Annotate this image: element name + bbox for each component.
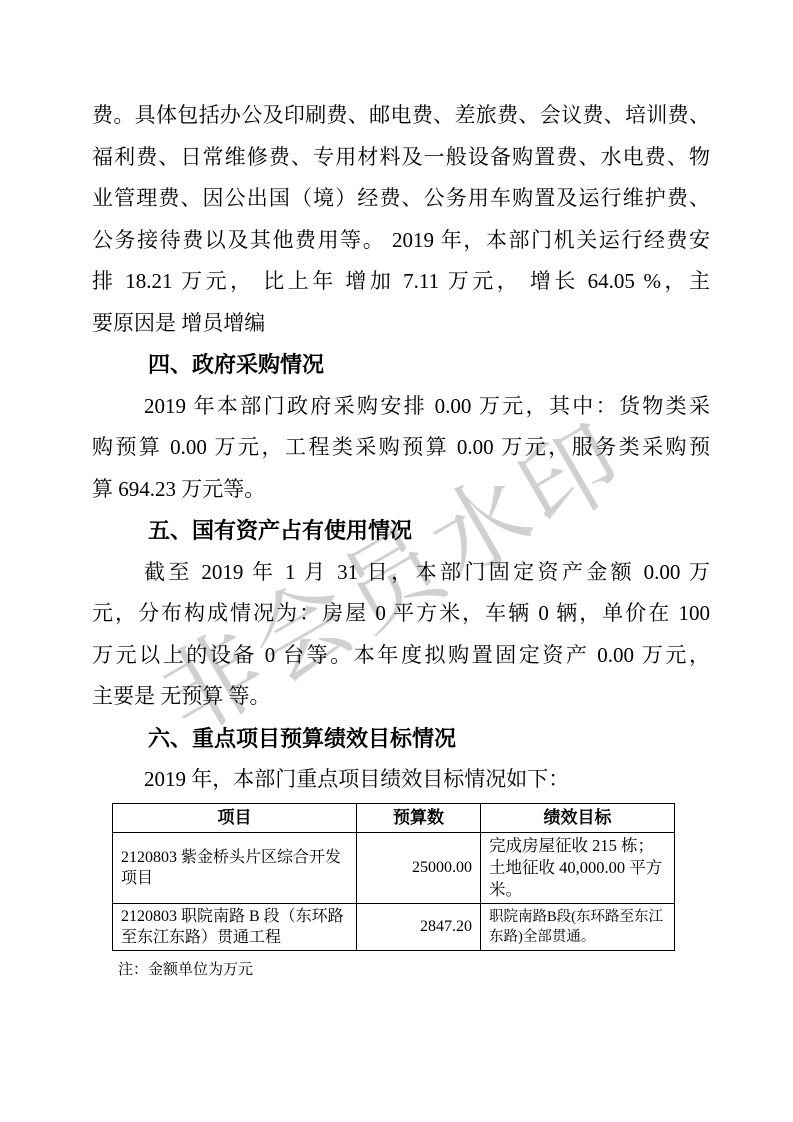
table-header-row: 项目 预算数 绩效目标 xyxy=(113,803,675,832)
table-row: 2120803 职院南路 B 段（东环路至东江东路）贯通工程 2847.20 职… xyxy=(113,903,675,950)
table-header-budget: 预算数 xyxy=(357,803,481,832)
text-line: 算 694.23 万元等。 xyxy=(92,469,710,511)
budget-amount-cell: 25000.00 xyxy=(357,832,481,903)
page-content: 费。具体包括办公及印刷费、邮电费、差旅费、会议费、培训费、 福利费、日常维修费、… xyxy=(92,95,710,980)
heading-section4-government-procurement: 四、政府采购情况 xyxy=(92,344,710,386)
table-header-target: 绩效目标 xyxy=(481,803,675,832)
performance-target-table: 项目 预算数 绩效目标 2120803 紫金桥头片区综合开发项目 25000.0… xyxy=(112,803,675,951)
budget-amount-cell: 2847.20 xyxy=(357,903,481,950)
paragraph-operating-expenses: 费。具体包括办公及印刷费、邮电费、差旅费、会议费、培训费、 福利费、日常维修费、… xyxy=(92,95,710,344)
project-name-cell: 2120803 职院南路 B 段（东环路至东江东路）贯通工程 xyxy=(113,903,357,950)
heading-section6-key-projects: 六、重点项目预算绩效目标情况 xyxy=(92,718,710,760)
text-line: 费。具体包括办公及印刷费、邮电费、差旅费、会议费、培训费、 xyxy=(92,95,710,137)
paragraph-state-assets: 截至 2019 年 1 月 31 日，本部门固定资产金额 0.00 万 元，分布… xyxy=(92,552,710,718)
text-line: 2019 年本部门政府采购安排 0.00 万元，其中：货物类采 xyxy=(92,386,710,428)
document-page: 非会员水印 费。具体包括办公及印刷费、邮电费、差旅费、会议费、培训费、 福利费、… xyxy=(0,0,793,1122)
text-line: 元，分布构成情况为：房屋 0 平方米，车辆 0 辆，单价在 100 xyxy=(92,593,710,635)
text-line: 业管理费、因公出国（境）经费、公务用车购置及运行维护费、 xyxy=(92,178,710,220)
text-line: 福利费、日常维修费、专用材料及一般设备购置费、水电费、物 xyxy=(92,137,710,179)
performance-target-cell: 职院南路B段(东环路至东江东路)全部贯通。 xyxy=(481,903,675,950)
text-line: 主要是 无预算 等。 xyxy=(92,676,710,718)
project-name-cell: 2120803 紫金桥头片区综合开发项目 xyxy=(113,832,357,903)
table-header-project: 项目 xyxy=(113,803,357,832)
paragraph-key-projects-intro: 2019 年，本部门重点项目绩效目标情况如下： xyxy=(92,759,710,801)
text-line: 排 18.21 万元， 比上年 增加 7.11 万元， 增长 64.05 %，主 xyxy=(92,261,710,303)
text-line: 万元以上的设备 0 台等。本年度拟购置固定资产 0.00 万元， xyxy=(92,635,710,677)
text-line: 公务接待费以及其他费用等。 2019 年，本部门机关运行经费安 xyxy=(92,220,710,262)
table-row: 2120803 紫金桥头片区综合开发项目 25000.00 完成房屋征收 215… xyxy=(113,832,675,903)
paragraph-government-procurement: 2019 年本部门政府采购安排 0.00 万元，其中：货物类采 购预算 0.00… xyxy=(92,386,710,511)
text-line: 要原因是 增员增编 xyxy=(92,303,710,345)
performance-target-cell: 完成房屋征收 215 栋；土地征收 40,000.00 平方米。 xyxy=(481,832,675,903)
text-line: 购预算 0.00 万元，工程类采购预算 0.00 万元，服务类采购预 xyxy=(92,427,710,469)
table-footnote: 注：金额单位为万元 xyxy=(118,960,710,980)
heading-section5-state-assets: 五、国有资产占有使用情况 xyxy=(92,510,710,552)
text-line: 截至 2019 年 1 月 31 日，本部门固定资产金额 0.00 万 xyxy=(92,552,710,594)
